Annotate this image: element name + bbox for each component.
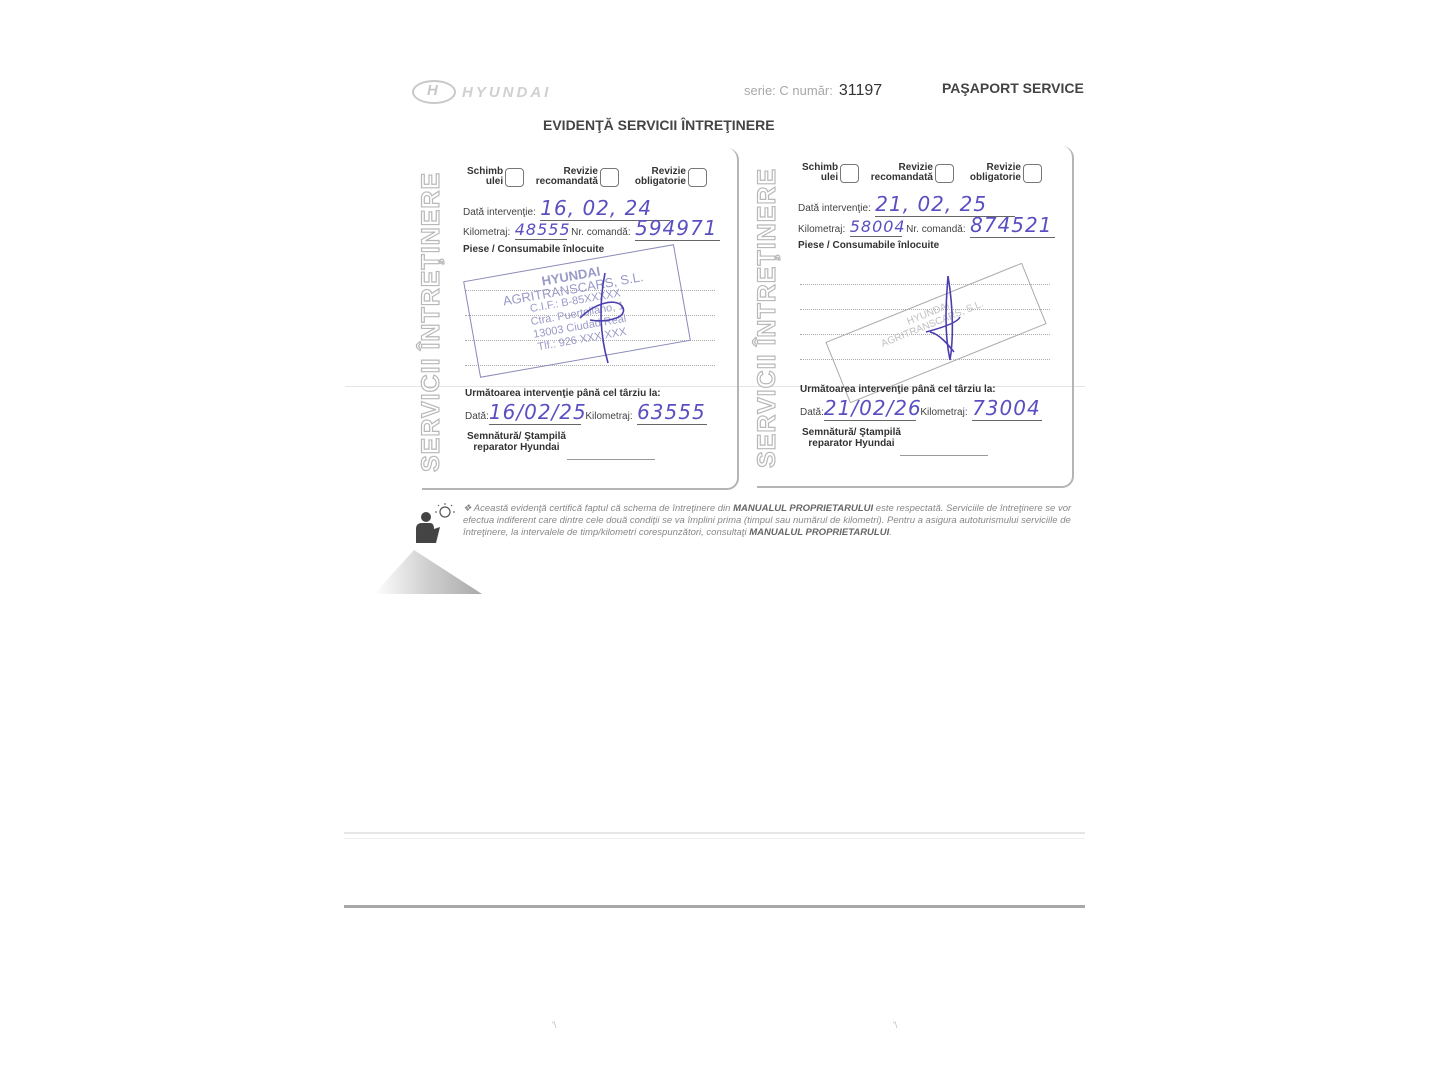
checkbox-mandatory-revision[interactable]: Revizieobligatorie — [954, 163, 1042, 183]
checkbox-recommended-revision[interactable]: Revizierecomandată — [862, 163, 954, 183]
km-order-row: Kilometraj: 58004 Nr. comandă: 874521 — [798, 213, 1055, 238]
next-date-label: Dată: — [800, 407, 824, 418]
next-intervention-row: Dată:16/02/25 Kilometraj: 63555 — [465, 400, 707, 425]
checkbox-mandatory-revision[interactable]: Revizieobligatorie — [619, 167, 707, 187]
document-number: 31197 — [839, 82, 882, 99]
km-value[interactable]: 58004 — [850, 217, 902, 237]
hyundai-emblem-icon — [412, 80, 456, 104]
signature-label: Semnătură/ Ştampilăreparator Hyundai — [802, 427, 901, 449]
serie-label: serie: C număr: — [744, 83, 833, 98]
next-km-value[interactable]: 73004 — [972, 396, 1042, 421]
signature-line — [900, 455, 988, 456]
service-type-checkboxes: Schimbulei Revizierecomandată Revizieobl… — [802, 163, 1042, 183]
km-label: Kilometraj: — [463, 227, 510, 238]
km-label: Kilometraj: — [798, 224, 845, 235]
next-date-label: Dată: — [465, 411, 489, 422]
order-label: Nr. comandă: — [906, 224, 965, 235]
checkbox-oil-change[interactable]: Schimbulei — [467, 167, 527, 187]
next-intervention-label: Următoarea intervenţie până cel târziu l… — [465, 388, 661, 399]
maintenance-note: ❖ Această evidenţă certifică faptul că s… — [463, 503, 1079, 539]
signature-line — [567, 459, 655, 460]
next-intervention-row: Dată:21/02/26 Kilometraj: 73004 — [800, 396, 1042, 421]
scan-mark: '\ — [893, 1020, 897, 1030]
signature-mark — [560, 268, 650, 368]
km-order-row: Kilometraj: 48555 Nr. comandă: 594971 — [463, 216, 720, 241]
page-corner-fold — [374, 550, 482, 594]
section-title: EVIDENŢĂ SERVICII ÎNTREŢINERE — [543, 117, 775, 133]
scan-mark: '\ — [552, 1020, 556, 1030]
parts-label: Piese / Consumabile înlocuite — [798, 240, 939, 251]
next-intervention-label: Următoarea intervenţie până cel târziu l… — [800, 384, 996, 395]
hyundai-logo: HYUNDAI — [412, 80, 572, 104]
checkbox-oil-change[interactable]: Schimbulei — [802, 163, 862, 183]
divider — [344, 838, 1085, 839]
service-type-checkboxes: Schimbulei Revizierecomandată Revizieobl… — [467, 167, 707, 187]
parts-label: Piese / Consumabile înlocuite — [463, 244, 604, 255]
next-km-label: Kilometraj: — [585, 411, 632, 422]
signature-mark — [920, 272, 980, 372]
next-date-value[interactable]: 21/02/26 — [824, 396, 916, 421]
idea-person-icon — [414, 503, 456, 543]
divider — [344, 905, 1085, 908]
checkbox-recommended-revision[interactable]: Revizierecomandată — [527, 167, 619, 187]
divider — [344, 832, 1085, 834]
serie-number: serie: C număr:31197 — [744, 82, 882, 100]
next-km-value[interactable]: 63555 — [637, 400, 707, 425]
km-value[interactable]: 48555 — [515, 220, 567, 240]
order-label: Nr. comandă: — [571, 227, 630, 238]
order-number-value[interactable]: 874521 — [970, 213, 1055, 238]
signature-label: Semnătură/ Ştampilăreparator Hyundai — [467, 431, 566, 453]
document-title: PAŞAPORT SERVICE — [942, 80, 1084, 96]
next-date-value[interactable]: 16/02/25 — [489, 400, 581, 425]
brand-wordmark: HYUNDAI — [462, 84, 551, 101]
order-number-value[interactable]: 594971 — [635, 216, 720, 241]
next-km-label: Kilometraj: — [920, 407, 967, 418]
